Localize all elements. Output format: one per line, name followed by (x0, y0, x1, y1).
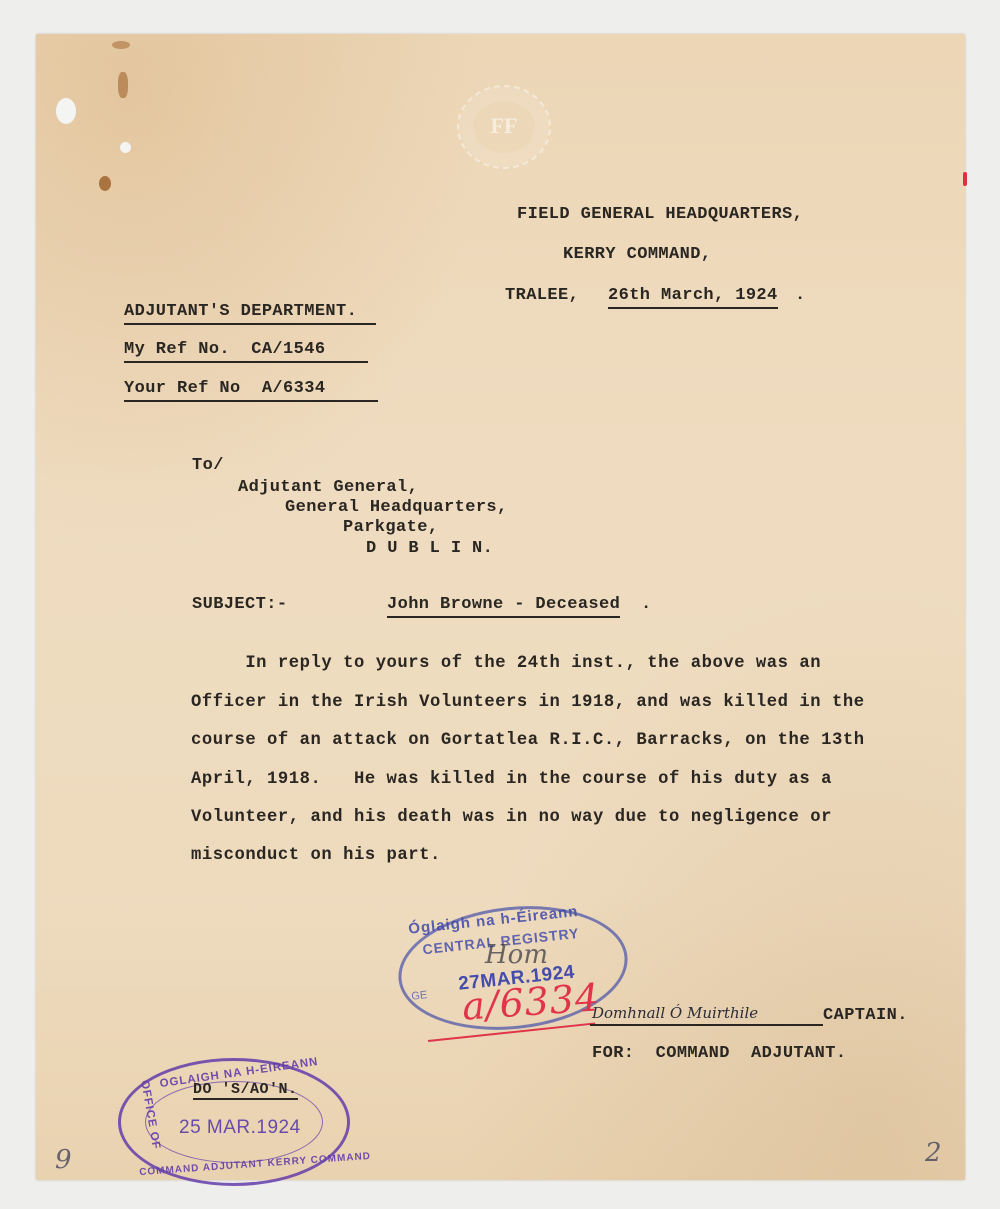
red-edge-mark (963, 172, 967, 186)
letterhead-line1: FIELD GENERAL HEADQUARTERS, (517, 206, 803, 223)
signature-line (590, 1024, 823, 1026)
small-hole (120, 142, 131, 153)
subject-value: John Browne - Deceased (387, 596, 620, 618)
letter-date: 26th March, 1924 (608, 287, 778, 309)
your-ref: Your Ref No A/6334 (124, 380, 378, 402)
body-line: course of an attack on Gortatlea R.I.C.,… (191, 731, 865, 750)
pencil-mark-right: 2 (925, 1138, 942, 1168)
rust-stain (118, 72, 128, 98)
my-ref: My Ref No. CA/1546 (124, 341, 368, 363)
addressee-line4: D U B L I N. (366, 540, 493, 557)
stamp-side-text: GE (411, 989, 428, 1003)
addressee-line1: Adjutant General, (238, 479, 418, 496)
body-line: April, 1918. He was killed in the course… (191, 770, 832, 789)
handwritten-signature: Domhnall Ó Muirthile (592, 1004, 758, 1022)
body-line: misconduct on his part. (191, 846, 441, 865)
signature-for-line: FOR: COMMAND ADJUTANT. (592, 1045, 846, 1062)
letterhead-place: TRALEE, (505, 287, 579, 304)
letter-date-period: . (795, 287, 806, 304)
punch-hole (56, 98, 76, 124)
subject-label: SUBJECT:- (192, 596, 287, 613)
letterhead-line2: KERRY COMMAND, (563, 246, 711, 263)
to-label: To/ (192, 457, 224, 474)
department-name: ADJUTANT'S DEPARTMENT. (124, 303, 376, 325)
rust-stain (99, 176, 111, 191)
body-line: Officer in the Irish Volunteers in 1918,… (191, 693, 865, 712)
embossed-seal: FF (457, 85, 551, 169)
signature-rank: CAPTAIN. (823, 1007, 908, 1024)
body-line: In reply to yours of the 24th inst., the… (191, 654, 821, 673)
body-line: Volunteer, and his death was in no way d… (191, 808, 832, 827)
stamp-date: 25 MAR.1924 (179, 1117, 301, 1139)
typed-file-ref: DO 'S/AO'N. (193, 1081, 298, 1100)
addressee-line3: Parkgate, (343, 519, 438, 536)
pencil-mark-left: 9 (55, 1145, 72, 1175)
addressee-line2: General Headquarters, (285, 499, 508, 516)
subject-period: . (641, 596, 652, 613)
pencil-initials: Hom (485, 940, 548, 970)
rust-stain (112, 41, 130, 49)
kerry-command-stamp: OGLAIGH NA H-EIREANN OFFICE OF COMMAND A… (118, 1058, 350, 1186)
